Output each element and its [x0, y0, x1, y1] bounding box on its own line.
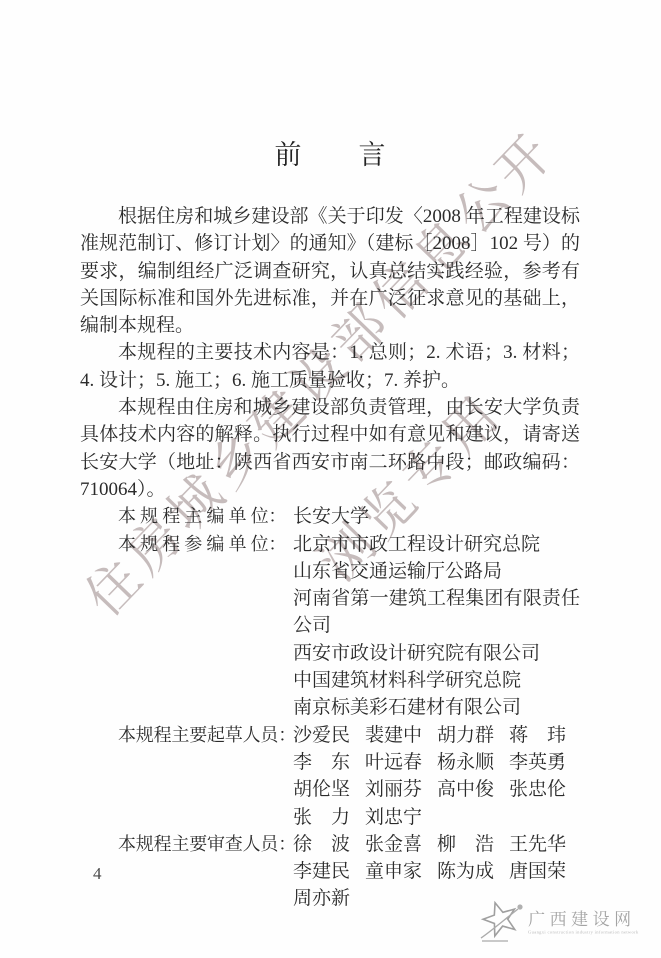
reviewers-name-row: 李建民 童申家 陈为成 唐国荣	[293, 858, 580, 885]
participating-units-values: 北京市市政工程设计研究总院 山东省交通运输厅公路局 河南省第一建筑工程集团有限责…	[293, 531, 580, 722]
drafters-name-row: 沙爱民 裴建中 胡力群 蒋 玮	[293, 722, 580, 749]
person-name: 高中俊	[437, 776, 494, 803]
person-name: 沙爱民	[293, 722, 350, 749]
page-number: 4	[93, 864, 102, 884]
person-name: 王先华	[509, 831, 566, 858]
drafters-values: 沙爱民 裴建中 胡力群 蒋 玮 李 东 叶远春 杨永顺 李英勇 胡伦坚 刘丽芬	[293, 722, 580, 831]
drafters-name-row: 胡伦坚 刘丽芬 高中俊 张忠伦	[293, 776, 580, 803]
person-name: 胡伦坚	[293, 776, 350, 803]
star-icon	[478, 896, 524, 946]
body-text: 根据住房和城乡建设部《关于印发〈2008 年工程建设标准规范制订、修订计划〉的通…	[80, 203, 580, 913]
site-logo: 广西建设网 Guangxi construction industry info…	[478, 896, 651, 946]
reviewers-name-row: 徐 波 张金喜 柳 浩 王先华	[293, 831, 580, 858]
person-name: 童申家	[365, 858, 422, 885]
chief-editor-unit: 长安大学	[293, 503, 580, 530]
person-name: 徐 波	[293, 831, 350, 858]
chief-editor-label: 本 规 程 主 编 单 位：	[80, 503, 293, 530]
document-page: 住房城乡建设部信息公开 浏览专用 前 言 根据住房和城乡建设部《关于印发〈200…	[0, 0, 661, 958]
person-name: 李建民	[293, 858, 350, 885]
person-name: 胡力群	[437, 722, 494, 749]
person-name: 柳 浩	[437, 831, 494, 858]
drafters-name-row: 张 力 刘忠宁	[293, 804, 580, 831]
logo-name: 广西建设网	[528, 910, 651, 930]
chief-editor-values: 长安大学	[293, 503, 580, 530]
person-name: 蒋 玮	[509, 722, 566, 749]
paragraph-contents: 本规程的主要技术内容是：1. 总则；2. 术语；3. 材料；4. 设计；5. 施…	[80, 339, 580, 394]
reviewers-label: 本规程主要审查人员：	[80, 831, 293, 858]
logo-text: 广西建设网 Guangxi construction industry info…	[528, 910, 651, 937]
participating-unit: 南京标美彩石建材有限公司	[293, 694, 580, 721]
person-name: 杨永顺	[437, 749, 494, 776]
paragraph-basis: 根据住房和城乡建设部《关于印发〈2008 年工程建设标准规范制订、修订计划〉的通…	[80, 203, 580, 339]
page-title: 前 言	[0, 133, 661, 172]
chief-editor-row: 本 规 程 主 编 单 位： 长安大学	[80, 503, 580, 530]
drafters-label: 本规程主要起草人员：	[80, 722, 293, 749]
person-name: 李 东	[293, 749, 350, 776]
participating-units-row: 本 规 程 参 编 单 位： 北京市市政工程设计研究总院 山东省交通运输厅公路局…	[80, 531, 580, 722]
person-name: 唐国荣	[509, 858, 566, 885]
person-name: 周亦新	[293, 885, 350, 912]
drafters-name-row: 李 东 叶远春 杨永顺 李英勇	[293, 749, 580, 776]
person-name: 张 力	[293, 804, 350, 831]
person-name: 张金喜	[365, 831, 422, 858]
person-name: 裴建中	[365, 722, 422, 749]
person-name: 叶远春	[365, 749, 422, 776]
person-name: 陈为成	[437, 858, 494, 885]
drafters-row: 本规程主要起草人员： 沙爱民 裴建中 胡力群 蒋 玮 李 东 叶远春 杨永顺 李…	[80, 722, 580, 831]
participating-unit: 中国建筑材料科学研究总院	[293, 667, 580, 694]
logo-tagline: Guangxi construction industry informatio…	[528, 930, 639, 936]
participating-unit: 河南省第一建筑工程集团有限责任公司	[293, 585, 580, 640]
participating-unit: 西安市政设计研究院有限公司	[293, 640, 580, 667]
person-name: 刘忠宁	[365, 804, 422, 831]
person-name: 李英勇	[509, 749, 566, 776]
participating-unit: 山东省交通运输厅公路局	[293, 558, 580, 585]
participating-units-label: 本 规 程 参 编 单 位：	[80, 531, 293, 558]
person-name: 张忠伦	[509, 776, 566, 803]
person-name: 刘丽芬	[365, 776, 422, 803]
paragraph-management: 本规程由住房和城乡建设部负责管理，由长安大学负责具体技术内容的解释。执行过程中如…	[80, 394, 580, 503]
participating-unit: 北京市市政工程设计研究总院	[293, 531, 580, 558]
